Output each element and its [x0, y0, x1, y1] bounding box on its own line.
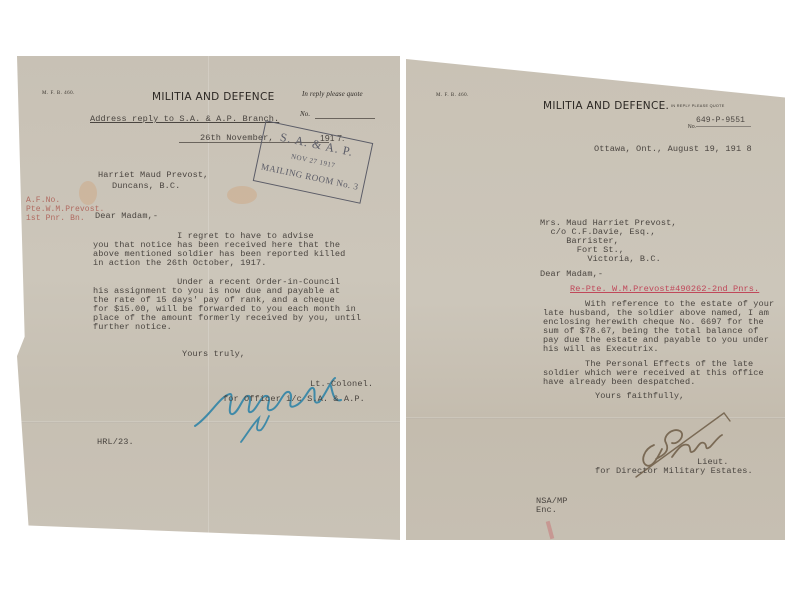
recipient-line-5: Victoria, B.C.	[540, 254, 661, 265]
recipient-line-1: Harriet Maud Prevost,	[98, 170, 208, 181]
form-number: M. F. B. 460.	[42, 89, 75, 100]
reply-no-line	[696, 126, 751, 127]
paragraph-line: have already been despatched.	[543, 377, 695, 388]
salutation: Dear Madam,-	[540, 269, 603, 280]
signature-icon	[185, 366, 355, 446]
re-line: Re-Pte. W.M.Prevost#490262-2nd Pnrs.	[570, 284, 759, 295]
reply-no-line	[315, 118, 375, 119]
paragraph-line: further notice.	[93, 322, 172, 333]
paragraph-line: in action the 26th October, 1917.	[93, 258, 266, 269]
letter-right-sheet: M. F. B. 460. MILITIA AND DEFENCE. IN RE…	[406, 59, 785, 540]
address-reply-line: Address reply to S.A. & A.P. Branch.	[90, 114, 279, 125]
signer-title: Lt.-Colonel.	[310, 379, 373, 390]
reference-code: HRL/23.	[97, 437, 134, 448]
salutation: Dear Madam,-	[95, 211, 158, 222]
letter-left-sheet: M. F. B. 460. MILITIA AND DEFENCE In rep…	[17, 56, 400, 540]
signed-for: for Director Military Estates.	[595, 466, 753, 477]
form-number: M. F. B. 460.	[436, 91, 469, 102]
recipient-line-2: Duncans, B.C.	[112, 181, 180, 192]
enclosure-label: Enc.	[536, 505, 557, 516]
reply-quote-label: IN REPLY PLEASE QUOTE	[671, 101, 725, 112]
letterhead: MILITIA AND DEFENCE.	[543, 101, 669, 112]
place-date: Ottawa, Ont., August 19, 191 8	[594, 144, 752, 155]
rust-stain	[227, 186, 257, 204]
ref-line-3: 1st Pnr. Bn.	[26, 214, 85, 224]
paragraph-line: his will as Executrix.	[543, 344, 659, 355]
closing: Yours truly,	[182, 349, 245, 360]
red-mark	[546, 521, 555, 539]
signed-for: for Officer i/c S.A. & A.P.	[223, 394, 365, 405]
letterhead: MILITIA AND DEFENCE	[152, 92, 275, 103]
reply-number: 649-P-9551	[696, 116, 745, 127]
reply-quote-label: In reply please quote	[302, 89, 363, 100]
rust-stain	[79, 181, 97, 205]
reply-no-label: No.	[300, 109, 310, 120]
